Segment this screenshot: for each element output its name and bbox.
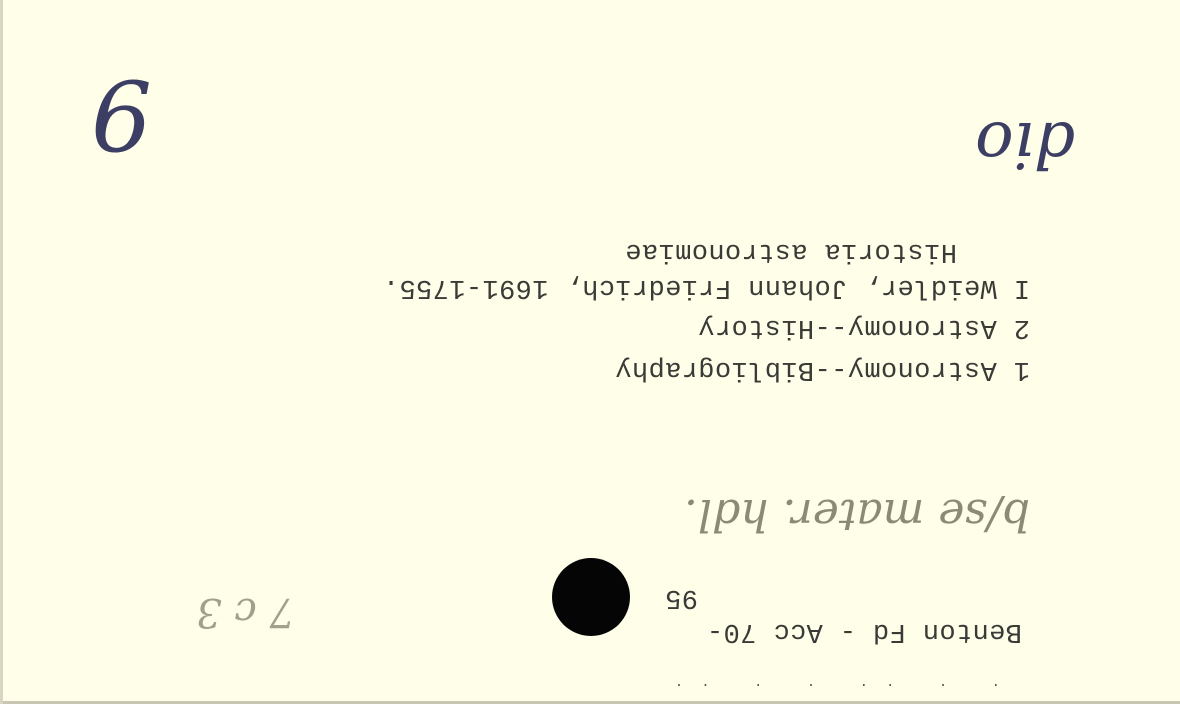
tracing-2: 2 Astronomy--History <box>698 313 1030 340</box>
card-edge <box>0 0 3 704</box>
print-specks: · · ·· · · ·· <box>657 676 1000 692</box>
ink-initials: dio <box>975 112 1075 176</box>
catalog-card: · · ·· · · ·· Benton Fd - Acc 70- 95 7 c… <box>0 0 1180 704</box>
handwritten-note: b/se mater. hdl. <box>684 492 1030 536</box>
tracing-4: Historia astronomiae <box>625 237 957 264</box>
punch-hole <box>552 558 630 636</box>
call-line-2: 95 <box>665 583 698 610</box>
ink-number: 9 <box>91 66 152 162</box>
pencil-number: 7 c 3 <box>196 592 295 632</box>
tracing-1: 1 Astronomy--Bibliography <box>615 355 1030 382</box>
tracing-3: I Weidler, Johann Friedrich, 1691-1755. <box>382 273 1030 300</box>
call-line-1: Benton Fd - Acc 70- <box>707 617 1022 644</box>
